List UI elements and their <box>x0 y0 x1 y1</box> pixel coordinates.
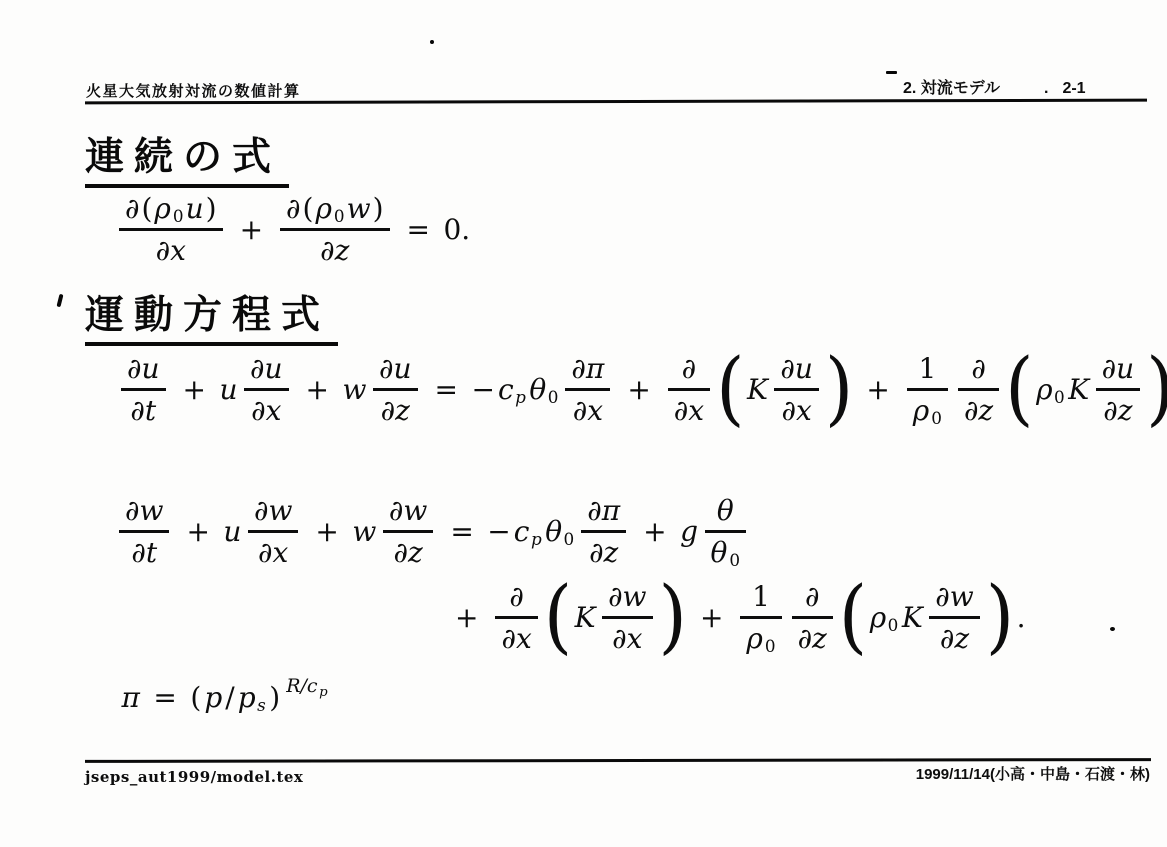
math-token: ∂z <box>1103 394 1132 427</box>
fraction-numerator: ∂u <box>121 352 166 388</box>
math-token: ∂z <box>393 536 422 569</box>
fraction-numerator: ∂u <box>244 352 289 388</box>
math-subscript: 0 <box>1054 387 1065 407</box>
equation-exner-function: π=(p/ps)R/cp <box>120 681 330 714</box>
math-token: 1 <box>918 352 936 385</box>
math-token: ) <box>206 192 217 225</box>
fraction-numerator: ∂u <box>774 352 819 388</box>
math-token: ∂w <box>125 494 163 527</box>
math-paren: ) <box>1146 349 1167 429</box>
math-subscript: 0 <box>888 615 899 635</box>
math-token: ∂ <box>509 580 523 613</box>
math-token: K <box>902 601 923 634</box>
header-separator-dot: . <box>1044 80 1048 98</box>
math-token: ∂ <box>805 580 819 613</box>
math-operator: + <box>643 515 666 548</box>
fraction-numerator: 1 <box>740 580 781 616</box>
math-operator: = <box>407 213 430 246</box>
math-fraction: ∂w∂x <box>602 580 652 655</box>
fraction-numerator: ∂w <box>383 494 433 530</box>
math-operator: = <box>435 373 458 406</box>
fraction-numerator: ∂ <box>668 352 710 388</box>
fraction-numerator: ∂π <box>581 494 626 530</box>
math-operator: + <box>183 373 206 406</box>
math-token: ∂z <box>964 394 993 427</box>
math-token: p <box>238 681 256 714</box>
fraction-numerator: θ <box>705 494 747 530</box>
math-token: K <box>747 373 768 406</box>
math-token: ∂z <box>589 536 618 569</box>
fraction-denominator: ∂x <box>565 388 610 427</box>
section-heading-continuity: 連続の式 <box>85 138 289 188</box>
header-section-label: 2. 対流モデル <box>903 75 1000 98</box>
math-fraction: ∂π∂z <box>581 494 626 569</box>
math-token: 1 <box>752 580 770 613</box>
math-subscript: 0 <box>334 206 345 226</box>
fraction-denominator: ∂z <box>1096 388 1141 427</box>
math-operator: + <box>455 601 478 634</box>
fraction-numerator: 1 <box>907 352 948 388</box>
fraction-denominator: ∂z <box>929 616 979 655</box>
math-token: ∂x <box>251 394 281 427</box>
math-fraction: ∂w∂x <box>248 494 298 569</box>
fraction-denominator: ∂z <box>280 228 389 267</box>
fraction-denominator: ∂z <box>958 388 999 427</box>
math-token: ( <box>303 192 314 225</box>
math-subscript: 0 <box>931 408 942 428</box>
math-token: ∂w <box>389 494 427 527</box>
math-token: θ <box>545 515 562 548</box>
fraction-denominator: ∂z <box>383 530 433 569</box>
header-right-group: 2. 対流モデル . 2-1 <box>903 75 1086 98</box>
fraction-numerator: ∂π <box>565 352 610 388</box>
header-page-number: 2-1 <box>1062 80 1085 98</box>
math-token: ∂u <box>780 352 813 385</box>
fraction-denominator: ∂z <box>581 530 626 569</box>
math-token: R/c <box>286 675 317 697</box>
math-token: ρ <box>746 622 762 655</box>
math-token: ∂x <box>258 536 288 569</box>
math-fraction: θθ0 <box>705 494 747 569</box>
math-token: θ <box>529 373 546 406</box>
math-token: ρ <box>913 394 929 427</box>
math-paren: ) <box>659 577 687 657</box>
scan-speck <box>1110 627 1115 631</box>
math-token: π <box>122 681 140 714</box>
math-token: c <box>514 515 530 548</box>
scan-speck <box>430 40 434 44</box>
math-token: ∂w <box>254 494 292 527</box>
math-fraction: ∂u∂t <box>121 352 166 427</box>
math-token: ρ <box>1036 373 1052 406</box>
math-fraction: ∂∂x <box>495 580 537 655</box>
math-token: ∂x <box>573 394 603 427</box>
math-token: w <box>347 192 371 225</box>
fraction-numerator: ∂w <box>248 494 298 530</box>
footer-file-path: jseps_aut1999/model.tex <box>85 768 303 786</box>
math-token: w <box>352 515 376 548</box>
header-title: 火星大気放射対流の数値計算 <box>86 80 301 101</box>
math-token: ρ <box>154 192 170 225</box>
math-paren: ( <box>1005 349 1033 429</box>
math-subscript: p <box>515 387 526 407</box>
math-token: θ <box>711 536 728 569</box>
math-operator: + <box>186 515 209 548</box>
math-token: ∂π <box>571 352 604 385</box>
math-token: ρ <box>315 192 331 225</box>
fraction-numerator: ∂ <box>495 580 537 616</box>
math-token: ∂π <box>587 494 620 527</box>
math-operator: = <box>153 681 176 714</box>
math-token: ∂t <box>130 394 156 427</box>
math-fraction: ∂(ρ0u)∂x <box>119 192 223 267</box>
math-token: ( <box>141 192 152 225</box>
math-token: ∂x <box>156 234 186 267</box>
math-token: ∂u <box>250 352 283 385</box>
math-operator: + <box>700 601 723 634</box>
math-token: ∂x <box>612 622 642 655</box>
footer-date-credit: 1999/11/14(小高・中島・石渡・林) <box>916 763 1150 784</box>
math-token: ∂z <box>940 622 969 655</box>
fraction-numerator: ∂(ρ0u) <box>119 192 223 228</box>
math-operator: + <box>306 373 329 406</box>
fraction-numerator: ∂(ρ0w) <box>280 192 389 228</box>
math-token: ∂z <box>798 622 827 655</box>
fraction-denominator: ∂z <box>792 616 833 655</box>
math-token: p <box>204 681 222 714</box>
math-fraction: ∂∂x <box>668 352 710 427</box>
math-token: ∂ <box>286 192 300 225</box>
math-fraction: ∂w∂t <box>119 494 169 569</box>
math-token: ∂w <box>608 580 646 613</box>
math-token: K <box>575 601 596 634</box>
math-token: − <box>487 515 510 548</box>
math-fraction: ∂w∂z <box>383 494 433 569</box>
math-token: / <box>225 681 234 714</box>
math-fraction: ∂∂z <box>792 580 833 655</box>
equation-momentum-w-line1: ∂w∂t+u∂w∂x+w∂w∂z=−cpθ0∂π∂z+gθθ0 <box>114 494 751 569</box>
math-superscript: R/cp <box>285 675 330 697</box>
math-token: ∂u <box>379 352 412 385</box>
math-fraction: ∂u∂x <box>774 352 819 427</box>
fraction-numerator: ∂w <box>119 494 169 530</box>
fraction-denominator: ∂x <box>495 616 537 655</box>
fraction-denominator: ∂t <box>121 388 166 427</box>
math-token: ) <box>269 681 280 714</box>
section-heading-momentum: 運動方程式 <box>85 296 338 346</box>
math-token: ( <box>190 681 201 714</box>
fraction-denominator: ∂x <box>248 530 298 569</box>
fraction-denominator: ∂x <box>602 616 652 655</box>
math-subscript: p <box>319 685 328 700</box>
math-fraction: 1ρ0 <box>740 580 781 655</box>
math-operator: + <box>866 373 889 406</box>
equation-continuity: ∂(ρ0u)∂x+∂(ρ0w)∂z=0. <box>114 192 472 267</box>
math-fraction: ∂u∂x <box>244 352 289 427</box>
math-token: ∂x <box>782 394 812 427</box>
math-token: ∂z <box>381 394 410 427</box>
math-paren: ) <box>986 577 1014 657</box>
math-token: ∂u <box>1102 352 1135 385</box>
fraction-denominator: ∂x <box>774 388 819 427</box>
math-operator: + <box>315 515 338 548</box>
math-fraction: ∂(ρ0w)∂z <box>280 192 389 267</box>
math-token: u <box>219 373 237 406</box>
scan-speck <box>886 71 897 74</box>
math-token: u <box>186 192 204 225</box>
fraction-denominator: ∂z <box>373 388 418 427</box>
fraction-numerator: ∂w <box>602 580 652 616</box>
fraction-denominator: ∂x <box>668 388 710 427</box>
math-token: ∂ <box>682 352 696 385</box>
math-subscript: s <box>257 695 266 715</box>
fraction-denominator: ∂x <box>119 228 223 267</box>
math-token: w <box>343 373 367 406</box>
fraction-numerator: ∂w <box>929 580 979 616</box>
scan-speck <box>56 294 63 308</box>
math-token: ∂x <box>674 394 704 427</box>
math-paren: ( <box>839 577 867 657</box>
math-token: ∂x <box>501 622 531 655</box>
math-operator: + <box>240 213 263 246</box>
math-subscript: 0 <box>765 636 776 656</box>
fraction-numerator: ∂u <box>1096 352 1141 388</box>
math-fraction: ∂u∂z <box>373 352 418 427</box>
fraction-denominator: ρ0 <box>740 616 781 655</box>
math-subscript: 0 <box>548 387 559 407</box>
math-token: ) <box>373 192 384 225</box>
fraction-denominator: ∂t <box>119 530 169 569</box>
math-fraction: ∂w∂z <box>929 580 979 655</box>
math-token: u <box>223 515 241 548</box>
math-paren: ( <box>544 577 572 657</box>
math-paren: ) <box>825 349 853 429</box>
math-token: c <box>498 373 514 406</box>
math-fraction: 1ρ0 <box>907 352 948 427</box>
math-subscript: 0 <box>173 206 184 226</box>
equation-momentum-w-line2: +∂∂x(K∂w∂x)+1ρ0∂∂z(ρ0K∂w∂z). <box>443 580 1027 655</box>
equation-momentum-u: ∂u∂t+u∂u∂x+w∂u∂z=−cpθ0∂π∂x+∂∂x(K∂u∂x)+1ρ… <box>116 352 1167 427</box>
math-subscript: p <box>531 529 542 549</box>
math-token: ∂u <box>127 352 160 385</box>
math-fraction: ∂u∂z <box>1096 352 1141 427</box>
math-token: ∂ <box>971 352 985 385</box>
math-subscript: 0 <box>564 529 575 549</box>
math-token: ρ <box>870 601 886 634</box>
math-token: . <box>1017 601 1026 634</box>
math-token: K <box>1068 373 1089 406</box>
math-fraction: ∂∂z <box>958 352 999 427</box>
fraction-denominator: ∂x <box>244 388 289 427</box>
math-operator: = <box>450 515 473 548</box>
math-token: θ <box>717 494 734 527</box>
scanned-page: 火星大気放射対流の数値計算 2. 対流モデル . 2-1 連続の式 運動方程式 … <box>0 0 1167 847</box>
math-token: ∂w <box>935 580 973 613</box>
math-token: 0. <box>443 213 470 246</box>
fraction-numerator: ∂u <box>373 352 418 388</box>
math-paren: ( <box>716 349 744 429</box>
math-subscript: 0 <box>729 550 740 570</box>
fraction-denominator: θ0 <box>705 530 747 569</box>
fraction-denominator: ρ0 <box>907 388 948 427</box>
fraction-numerator: ∂ <box>958 352 999 388</box>
math-token: − <box>471 373 494 406</box>
math-token: ∂ <box>125 192 139 225</box>
math-token: ∂t <box>131 536 157 569</box>
math-fraction: ∂π∂x <box>565 352 610 427</box>
math-operator: + <box>627 373 650 406</box>
math-token: g <box>680 515 698 548</box>
math-token: ∂z <box>320 234 349 267</box>
fraction-numerator: ∂ <box>792 580 833 616</box>
